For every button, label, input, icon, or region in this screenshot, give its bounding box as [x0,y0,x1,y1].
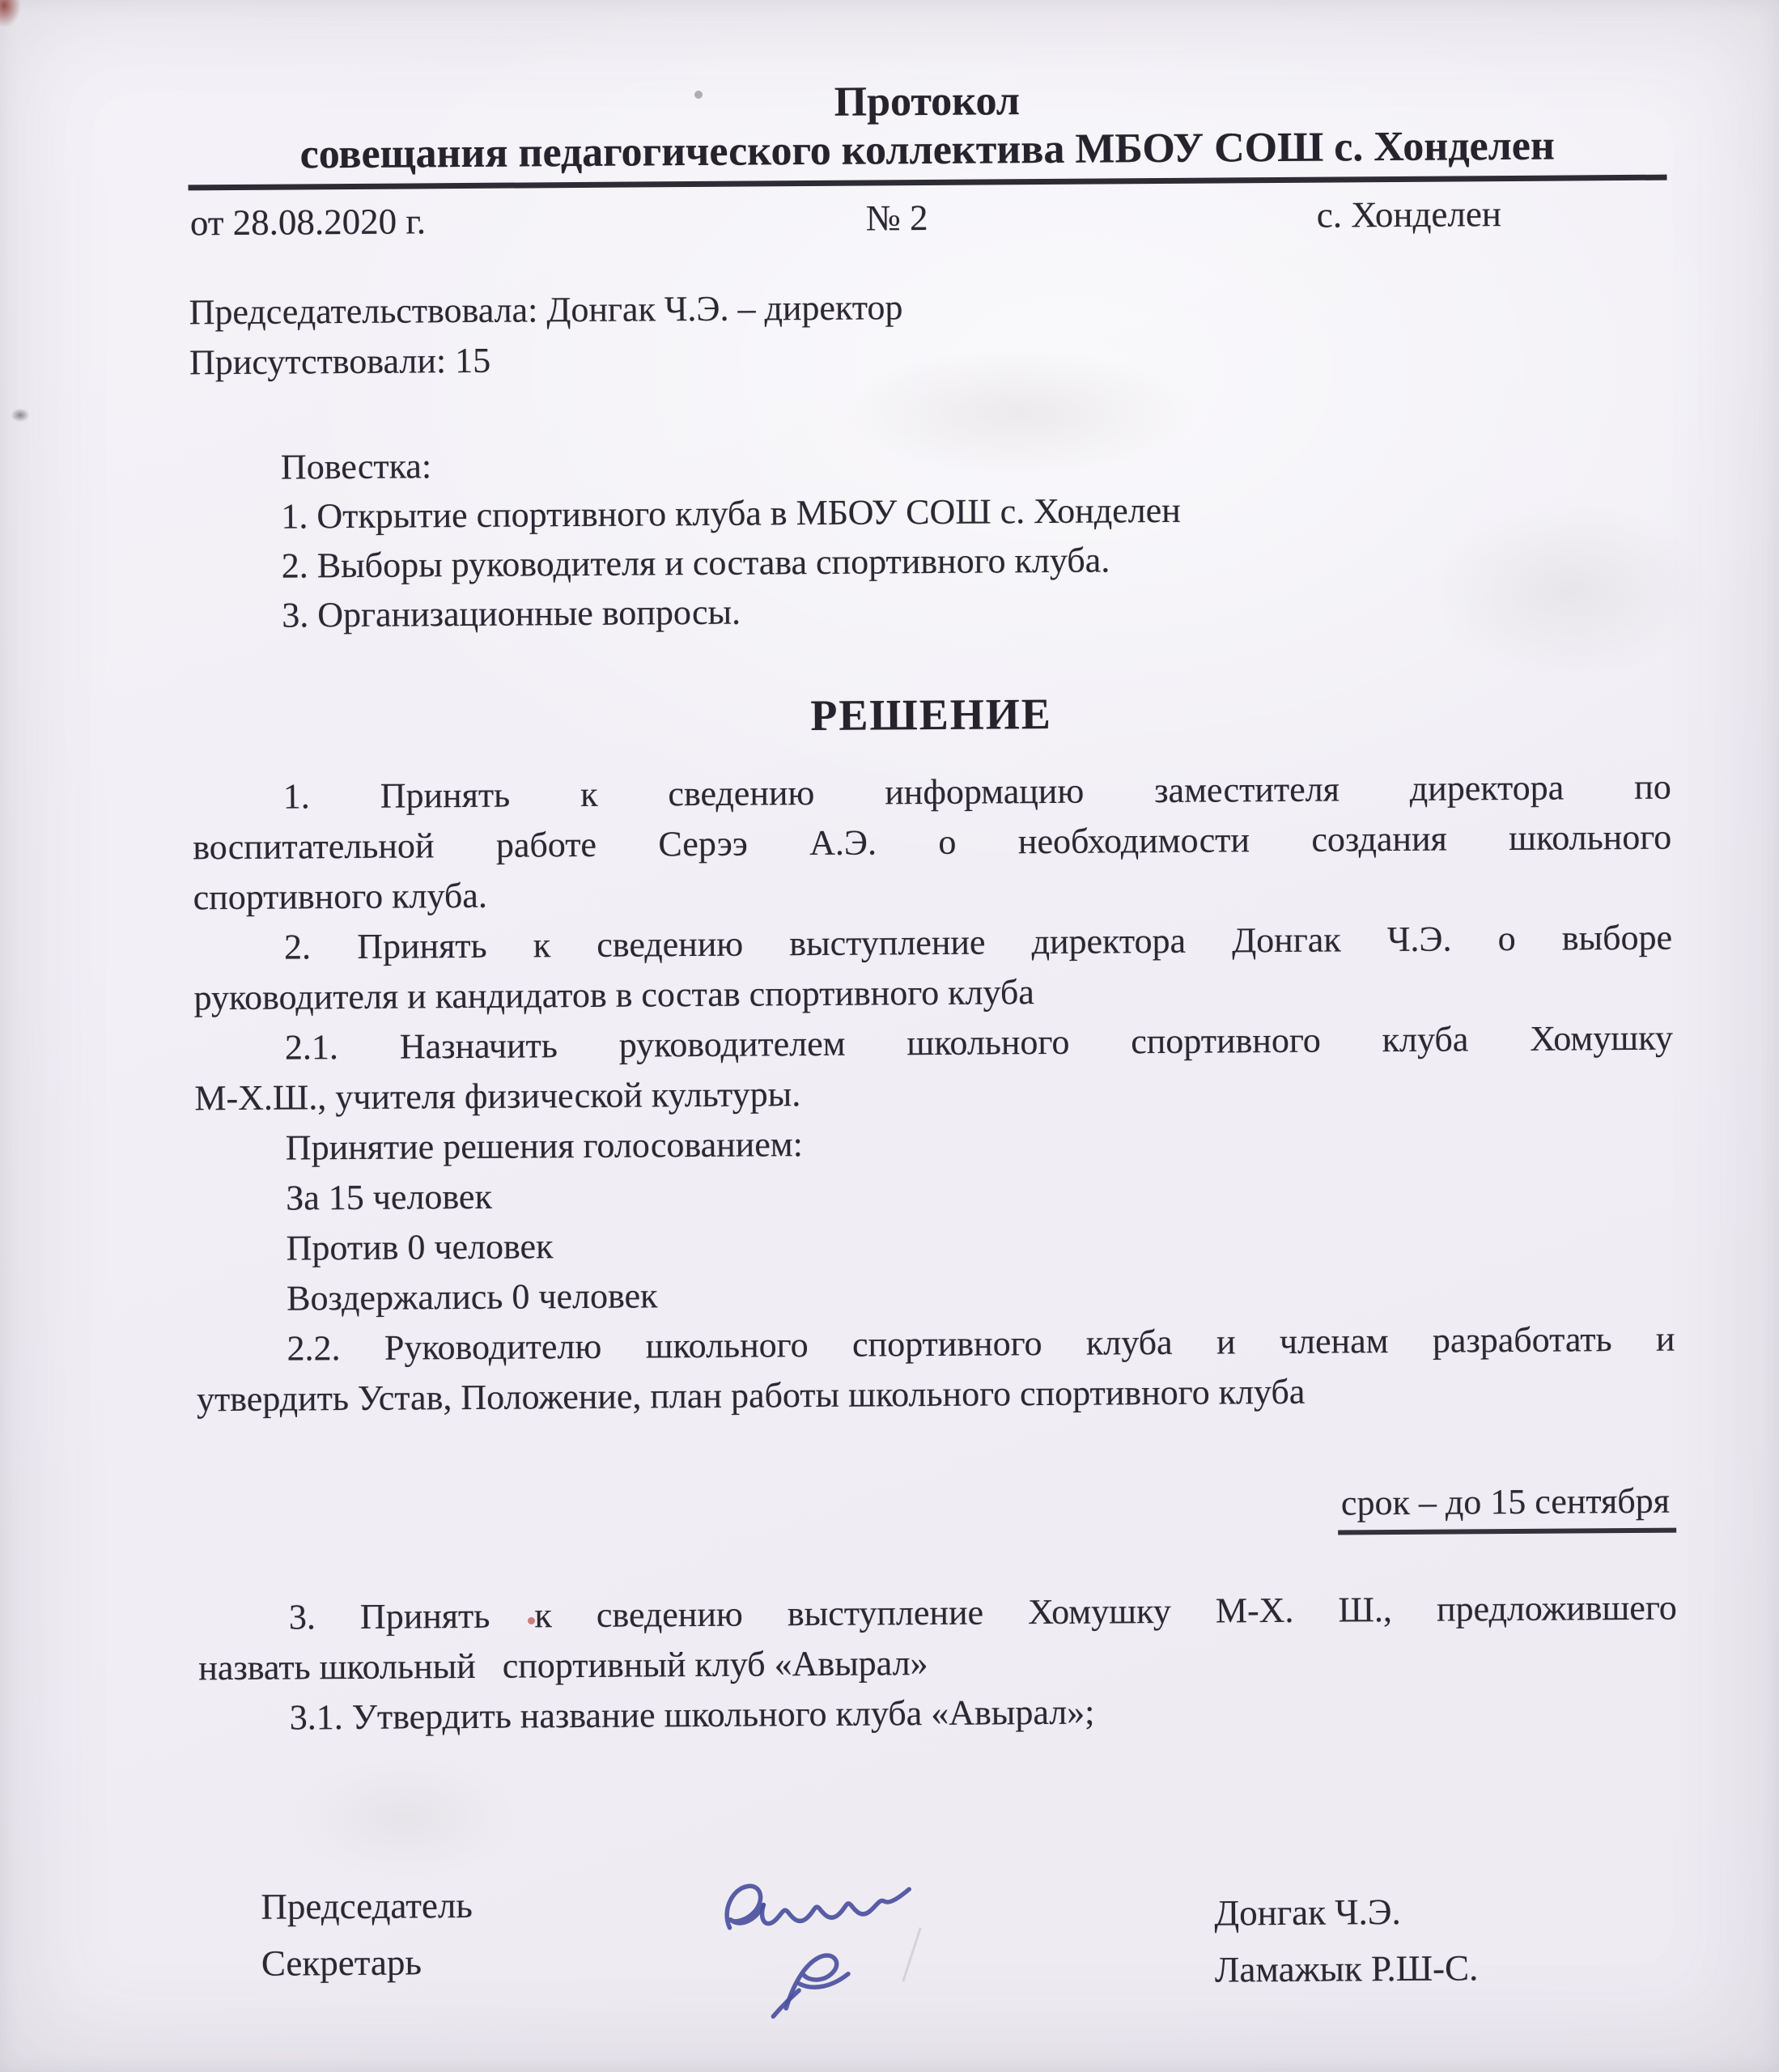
protocol-place: с. Хонделен [1317,193,1501,236]
chairman-name: Донгак Ч.Э. [1214,1891,1401,1934]
decision-p1-line2: воспитательной работе Серээ А.Э. о необх… [193,813,1671,873]
deadline-text: срок – до 15 сентября [1338,1476,1676,1535]
protocol-number: № 2 [866,197,928,240]
decision-p2-2-line1: 2.2. Руководителю школьного спортивного … [196,1314,1675,1375]
secretary-label: Секретарь [261,1941,422,1984]
protocol-meta-row: от 28.08.2020 г. № 2 с. Хонделен [189,190,1667,251]
protocol-date: от 28.08.2020 г. [190,200,427,244]
scan-speck-left-margin [11,409,29,422]
signature-block: Председатель Донгак Ч.Э. Секретарь Ламаж… [200,1876,1679,2000]
chairman-label: Председатель [261,1884,473,1928]
agenda-section: Повестка: 1. Открытие спортивного клуба … [190,433,1671,641]
secretary-signature-row: Секретарь Ламажык Р.Ш-С. [201,1933,1679,2000]
intro-section: Председательствовала: Донгак Ч.Э. – дире… [189,278,1668,388]
document-content: Протокол совещания педагогического колле… [187,0,1679,1999]
chairman-signature-row: Председатель Донгак Ч.Э. [200,1876,1679,1943]
decision-p2-line1: 2. Принять к сведению выступление директ… [193,913,1672,974]
decision-p3-line1: 3. Принять к сведению выступление Хомушк… [198,1583,1677,1644]
decision-heading: РЕШЕНИЕ [192,687,1671,743]
secretary-name: Ламажык Р.Ш-С. [1215,1947,1479,1990]
agenda-item-3: 3. Организационные вопросы. [191,581,1670,641]
document-title-block: Протокол совещания педагогического колле… [187,0,1667,190]
scanned-protocol-page: Протокол совещания педагогического колле… [0,0,1779,2072]
decision-p3-1-line: 3.1. Утвердить название школьного клуба … [199,1683,1678,1744]
protocol-subtitle: совещания педагогического коллектива МБО… [188,121,1666,180]
scan-speck-corner [0,0,21,28]
decision-p2-2-line2: утвердить Устав, Положение, план работы … [197,1365,1675,1425]
decision-section: 1. Принять к сведению информацию замести… [193,762,1678,1744]
decision-p2-1-line1: 2.1. Назначить руководителем школьного с… [194,1013,1673,1074]
attendees-line: Присутствовали: 15 [189,328,1668,388]
deadline-note: срок – до 15 сентября [197,1426,1676,1594]
